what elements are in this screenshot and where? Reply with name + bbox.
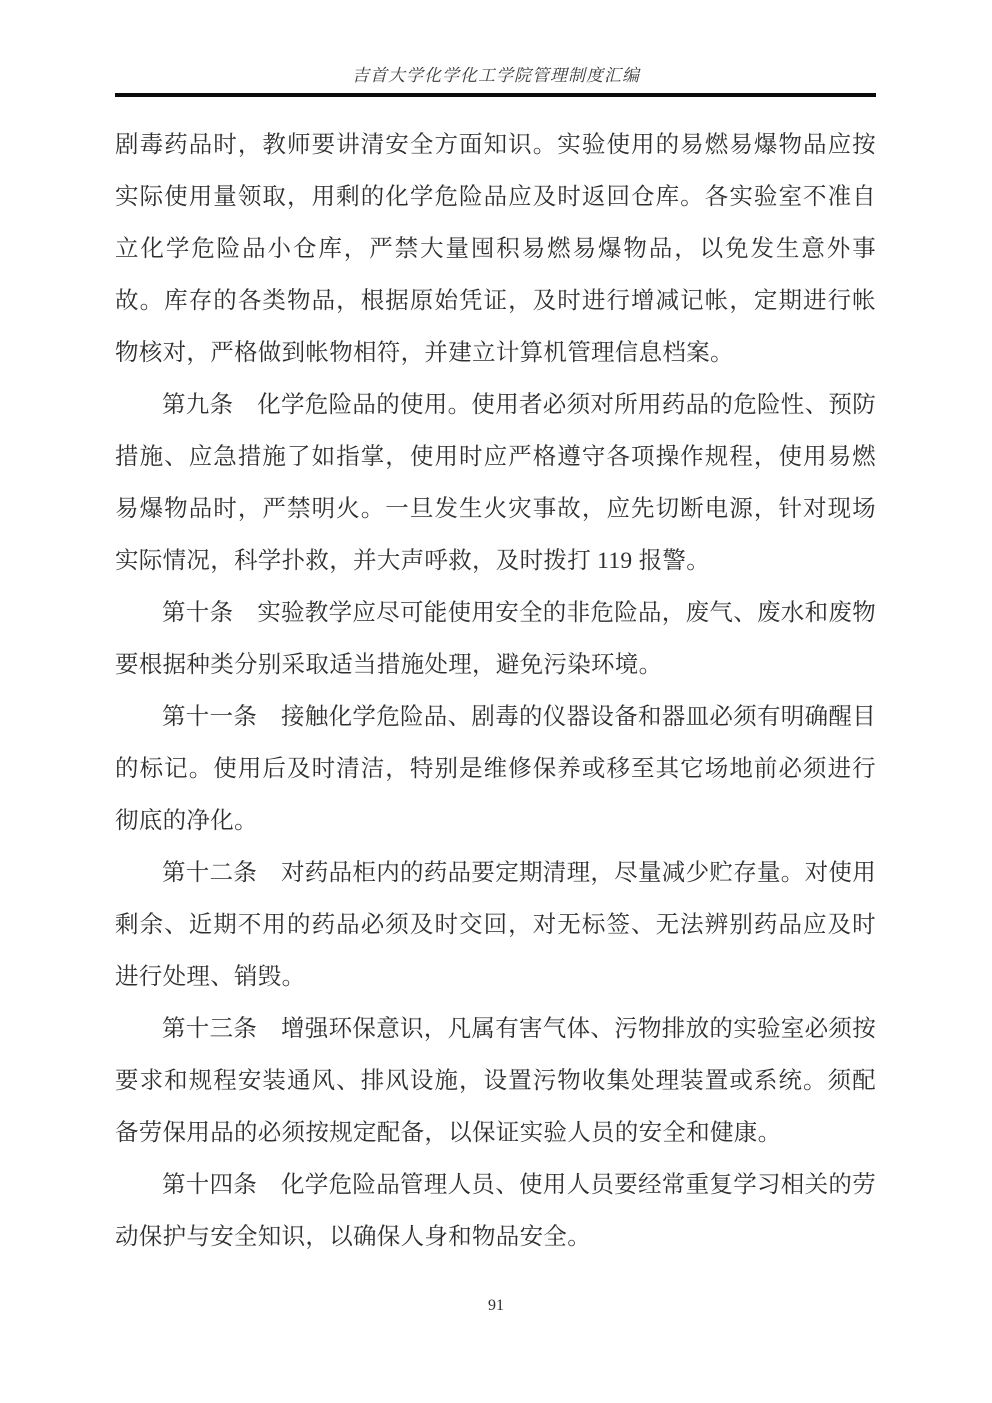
document-body: 剧毒药品时，教师要讲清安全方面知识。实验使用的易燃易爆物品应按实际使用量领取，用…: [115, 119, 876, 1263]
body-paragraph: 第十三条 增强环保意识，凡属有害气体、污物排放的实验室必须按要求和规程安装通风、…: [115, 1003, 876, 1159]
body-paragraph: 剧毒药品时，教师要讲清安全方面知识。实验使用的易燃易爆物品应按实际使用量领取，用…: [115, 119, 876, 379]
document-page: 吉首大学化学化工学院管理制度汇编 剧毒药品时，教师要讲清安全方面知识。实验使用的…: [0, 0, 992, 1403]
body-paragraph: 第十四条 化学危险品管理人员、使用人员要经常重复学习相关的劳动保护与安全知识，以…: [115, 1159, 876, 1263]
body-paragraph: 第十二条 对药品柜内的药品要定期清理，尽量减少贮存量。对使用剩余、近期不用的药品…: [115, 847, 876, 1003]
header-title: 吉首大学化学化工学院管理制度汇编: [0, 64, 992, 88]
body-paragraph: 第十条 实验教学应尽可能使用安全的非危险品，废气、废水和废物要根据种类分别采取适…: [115, 587, 876, 691]
body-paragraph: 第十一条 接触化学危险品、剧毒的仪器设备和器皿必须有明确醒目的标记。使用后及时清…: [115, 691, 876, 847]
body-paragraph: 第九条 化学危险品的使用。使用者必须对所用药品的危险性、预防措施、应急措施了如指…: [115, 379, 876, 587]
header-rule: [115, 93, 876, 97]
page-number: 91: [0, 1295, 992, 1317]
